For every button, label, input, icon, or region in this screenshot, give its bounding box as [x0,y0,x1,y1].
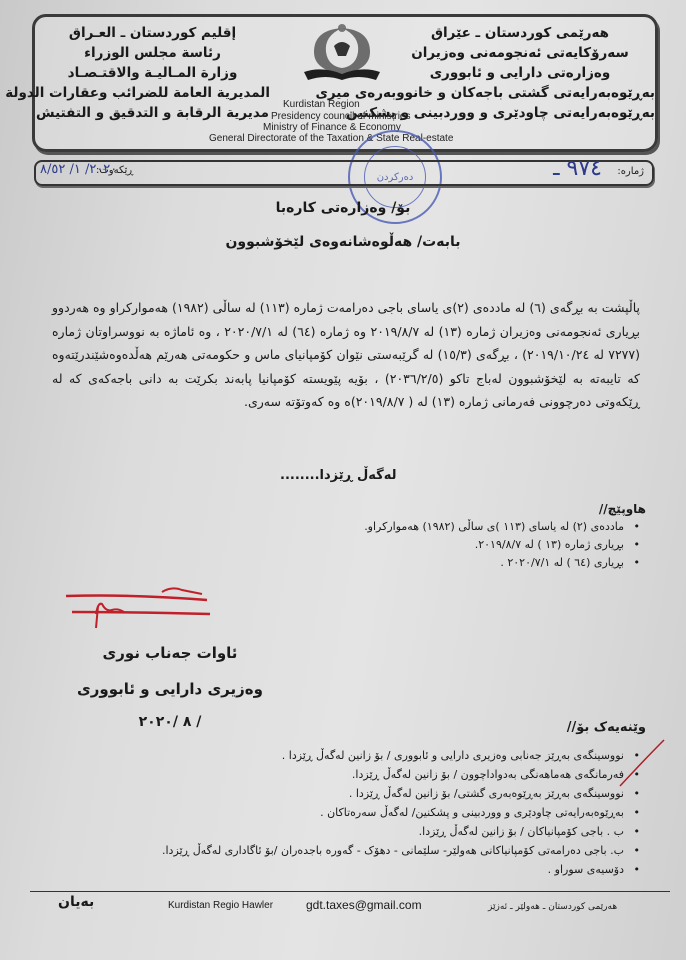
closing-regards: لەگەڵ ڕێزدا........ [280,468,396,483]
arabic-line: رئاسة مجلس الوزراء [35,43,270,63]
letterhead-kurdish: هەرێمی کوردستان ـ عێراق سەرۆکایەتی ئەنجو… [385,23,655,123]
kurdistan-emblem-icon [292,22,392,84]
body-paragraph: پاڵپشت بە بڕگەی (٦) لە ماددەی (٢)ی یاسای… [52,296,640,414]
date-value: ٢٠٢٠/ ١/ ٨/٥٢ [40,162,117,177]
copies-list: نووسینگەی بەڕێز جەنابی وەزیری دارایی و ئ… [162,746,646,879]
subject: بابەت/ هەڵوەشانەوەی لێخۆشبوون [0,234,686,250]
copy-item: بەڕێوەبەرایەتی چاودێری و ووردبینی و پشکن… [162,803,646,822]
signatory-name: ئاوات جەناب نوری [40,644,300,662]
attachment-item: بڕیاری ژمارە (١٣ ) لە ٢٠١٩/٨/٧. [364,536,646,554]
reference-bar: ژمارە: ٩٧٤ ـ ڕێکەوت: ٢٠٢٠/ ١/ ٨/٥٢ [34,160,654,186]
kurdish-line: بەڕێوەبەرایەتی گشتی باجەکان و خانووبەرەی… [385,83,655,103]
footer-address: هەرێمی کوردستان ـ هەولێر ـ ئەزێز [488,902,617,912]
arabic-line: مديرية الرقابة و التدقيق و التفتيش [35,103,270,123]
attachment-item: ماددەی (٢) لە یاسای (١١٣ )ی ساڵی (١٩٨٢) … [364,518,646,536]
footer-location: Kurdistan Regio Hawler [168,900,273,911]
copies-title: وێنەیەک بۆ// [567,720,646,735]
signature-date: / ٨ /٢٠٢٠ [40,714,300,730]
arabic-line: وزارة المـاليـة والاقتـصـاد [35,63,270,83]
signature-scribble-icon [62,582,222,638]
recipient: بۆ/ وەزارەتی کارەبا [0,200,686,216]
kurdish-line: سەرۆکایەتی ئەنجومەنی وەزیران [385,43,655,63]
number-value: ٩٧٤ ـ [553,156,602,181]
attachments-title: هاوپێچ// [599,502,646,516]
attachment-item: بڕیاری (٦٤ ) لە ٢٠٢٠/٧/١ . [364,554,646,572]
copy-item: نووسینگەی بەڕێز جەنابی وەزیری دارایی و ئ… [162,746,646,765]
kurdish-line: وەزارەتی دارایی و ئابووری [385,63,655,83]
number-label: ژمارە: [617,166,644,177]
copy-item: ب . باجی کۆمپانیاکان / بۆ زانین لەگەڵ ڕێ… [162,822,646,841]
english-line: Kurdistan Region [283,99,360,111]
signatory-title: وەزیری دارایی و ئابووری [40,680,300,698]
kurdish-line: بەڕێوەبەرایەتی چاودێری و ووردبینی و پشکن… [385,103,655,123]
arabic-line: المديرية العامة للضرائب وعقارات الدولة [35,83,270,103]
footer-divider [30,891,670,892]
copy-item: فەرمانگەی هەماهەنگی بەدواداچوون / بۆ زان… [162,765,646,784]
footer-email: gdt.taxes@gmail.com [306,898,422,912]
arabic-line: إقليم كوردستان ـ العـراق [35,23,270,43]
copy-item: دۆسیەی سوراو . [162,860,646,879]
copy-item: ب. باجی دەرامەتی کۆمپانیاکانی هەولێر- سل… [162,841,646,860]
footer-label: بەیان [58,894,94,910]
kurdish-line: هەرێمی کوردستان ـ عێراق [385,23,655,43]
attachments-list: ماددەی (٢) لە یاسای (١١٣ )ی ساڵی (١٩٨٢) … [364,518,646,572]
copy-item: نووسینگەی بەڕێز بەڕێوەبەری گشتی/ بۆ زانی… [162,784,646,803]
letterhead-arabic: إقليم كوردستان ـ العـراق رئاسة مجلس الوز… [35,23,270,123]
